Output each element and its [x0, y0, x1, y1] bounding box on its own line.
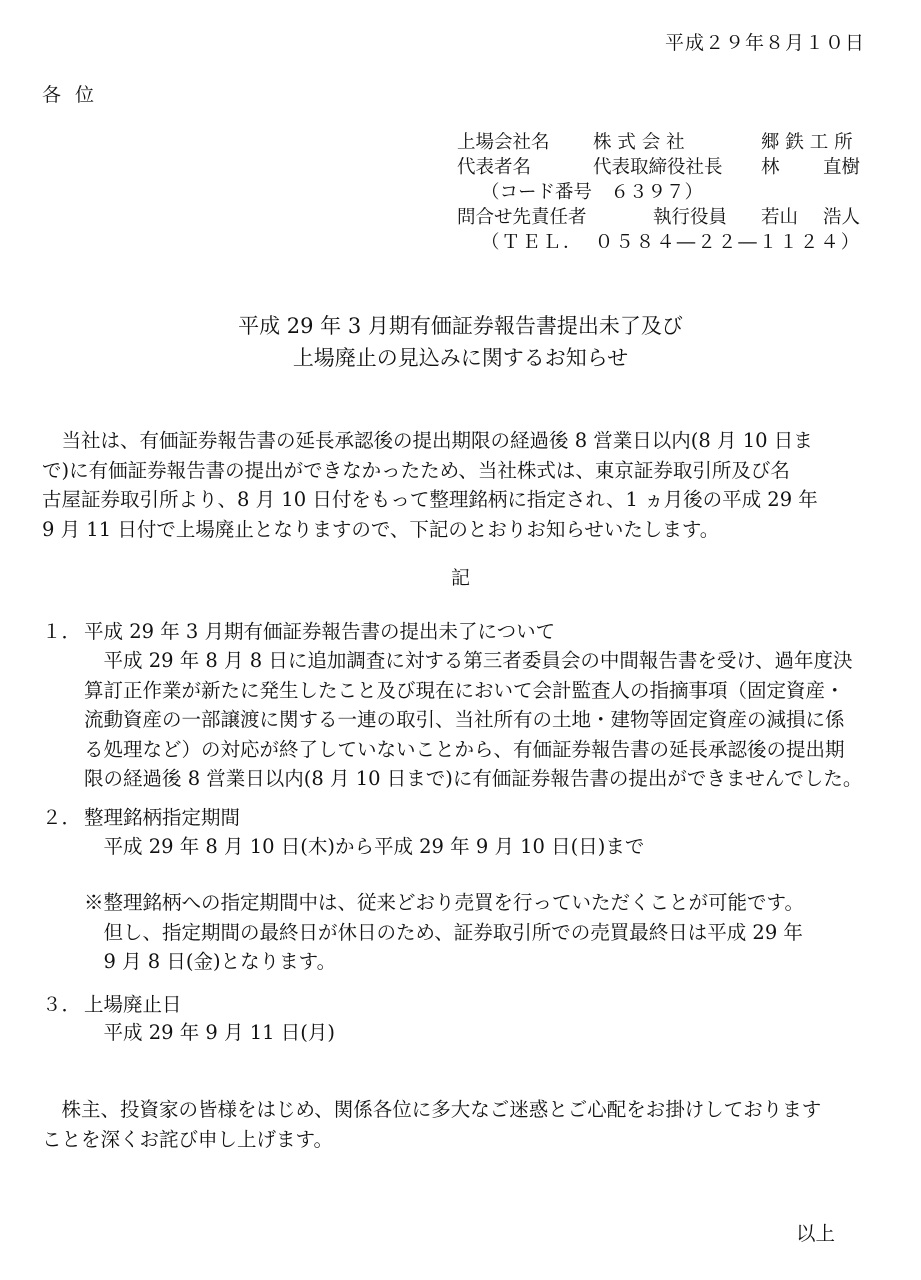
contact-last-name: 若山	[761, 205, 798, 230]
contact-first-name: 浩人	[823, 205, 860, 230]
contact-label: 問合せ先責任者	[457, 205, 587, 230]
intro-line: で)に有価証券報告書の提出ができなかったため、当社株式は、東京証券取引所及び名	[42, 456, 872, 486]
company-prefix: 株 式 会 社	[593, 130, 685, 155]
section-1-body: 平成 29 年 8 月 8 日に追加調査に対する第三者委員会の中間報告書を受け、…	[84, 646, 874, 794]
addressee: 各位	[42, 80, 108, 107]
closing-line: ことを深くお詫び申し上げます。	[42, 1125, 872, 1155]
stock-code: （コード番号 ６３９７）	[481, 180, 703, 205]
title-line-1: 平成 29 年 3 月期有価証券報告書提出未了及び	[0, 310, 921, 342]
intro-paragraph: 当社は、有価証券報告書の延長承認後の提出期限の経過後 8 営業日以内(8 月 1…	[42, 426, 872, 544]
contact-title: 執行役員	[653, 205, 727, 230]
section-number: １．	[42, 617, 84, 646]
note-line: 9 月 8 日(金)となります。	[84, 947, 874, 977]
document-title: 平成 29 年 3 月期有価証券報告書提出未了及び 上場廃止の見込みに関するお知…	[0, 310, 921, 374]
intro-line: 古屋証券取引所より、8 月 10 日付をもって整理銘柄に指定され、1 ヵ月後の平…	[42, 485, 872, 515]
section-number: ２．	[42, 803, 84, 832]
section-title: 整理銘柄指定期間	[84, 806, 240, 829]
representative-title: 代表取締役社長	[593, 155, 723, 180]
representative-label: 代表者名	[457, 155, 531, 180]
section-line: 平成 29 年 8 月 10 日(木)から平成 29 年 9 月 10 日(日)…	[84, 832, 874, 862]
section-line: 限の経過後 8 営業日以内(8 月 10 日まで)に有価証券報告書の提出ができま…	[84, 764, 874, 794]
section-title: 上場廃止日	[84, 993, 182, 1016]
section-line: 算訂正作業が新たに発生したこと及び現在において会計監査人の指摘事項（固定資産・	[84, 676, 874, 706]
section-2-body: 平成 29 年 8 月 10 日(木)から平成 29 年 9 月 10 日(日)…	[84, 832, 874, 862]
intro-line: 9 月 11 日付で上場廃止となりますので、下記のとおりお知らせいたします。	[42, 515, 872, 545]
section-title: 平成 29 年 3 月期有価証券報告書の提出未了について	[84, 620, 555, 643]
company-name: 郷 鉄 工 所	[761, 130, 853, 155]
listed-company-label: 上場会社名	[457, 130, 550, 155]
representative-first-name: 直樹	[823, 155, 860, 180]
closing-paragraph: 株主、投資家の皆様をはじめ、関係各位に多大なご迷惑とご心配をお掛けしております …	[42, 1095, 872, 1155]
closing-line: 株主、投資家の皆様をはじめ、関係各位に多大なご迷惑とご心配をお掛けしております	[42, 1095, 872, 1125]
note-line: ※整理銘柄への指定期間中は、従来どおり売買を行っていただくことが可能です。	[84, 888, 874, 918]
section-number: ３．	[42, 990, 84, 1019]
section-2-note: ※整理銘柄への指定期間中は、従来どおり売買を行っていただくことが可能です。 但し…	[84, 888, 874, 977]
section-line: 平成 29 年 8 月 8 日に追加調査に対する第三者委員会の中間報告書を受け、…	[84, 646, 874, 676]
title-line-2: 上場廃止の見込みに関するお知らせ	[0, 342, 921, 374]
note-line: 但し、指定期間の最終日が休日のため、証券取引所での売買最終日は平成 29 年	[84, 918, 874, 948]
section-3-body: 平成 29 年 9 月 11 日(月)	[84, 1018, 874, 1048]
section-2-heading: ２．整理銘柄指定期間	[42, 803, 240, 832]
section-line: る処理など）の対応が終了していないことから、有価証券報告書の延長承認後の提出期	[84, 735, 874, 765]
section-line: 平成 29 年 9 月 11 日(月)	[84, 1018, 874, 1048]
ki-heading: 記	[0, 563, 921, 590]
document-date: 平成２９年８月１０日	[665, 28, 865, 55]
representative-last-name: 林	[761, 155, 780, 180]
telephone: （ＴＥＬ． ０５８４―２２―１１２４）	[481, 230, 861, 255]
section-1-heading: １．平成 29 年 3 月期有価証券報告書の提出未了について	[42, 617, 555, 646]
section-3-heading: ３．上場廃止日	[42, 990, 182, 1019]
end-mark: 以上	[796, 1218, 835, 1246]
section-line: 流動資産の一部譲渡に関する一連の取引、当社所有の土地・建物等固定資産の減損に係	[84, 705, 874, 735]
intro-line: 当社は、有価証券報告書の延長承認後の提出期限の経過後 8 営業日以内(8 月 1…	[42, 426, 872, 456]
